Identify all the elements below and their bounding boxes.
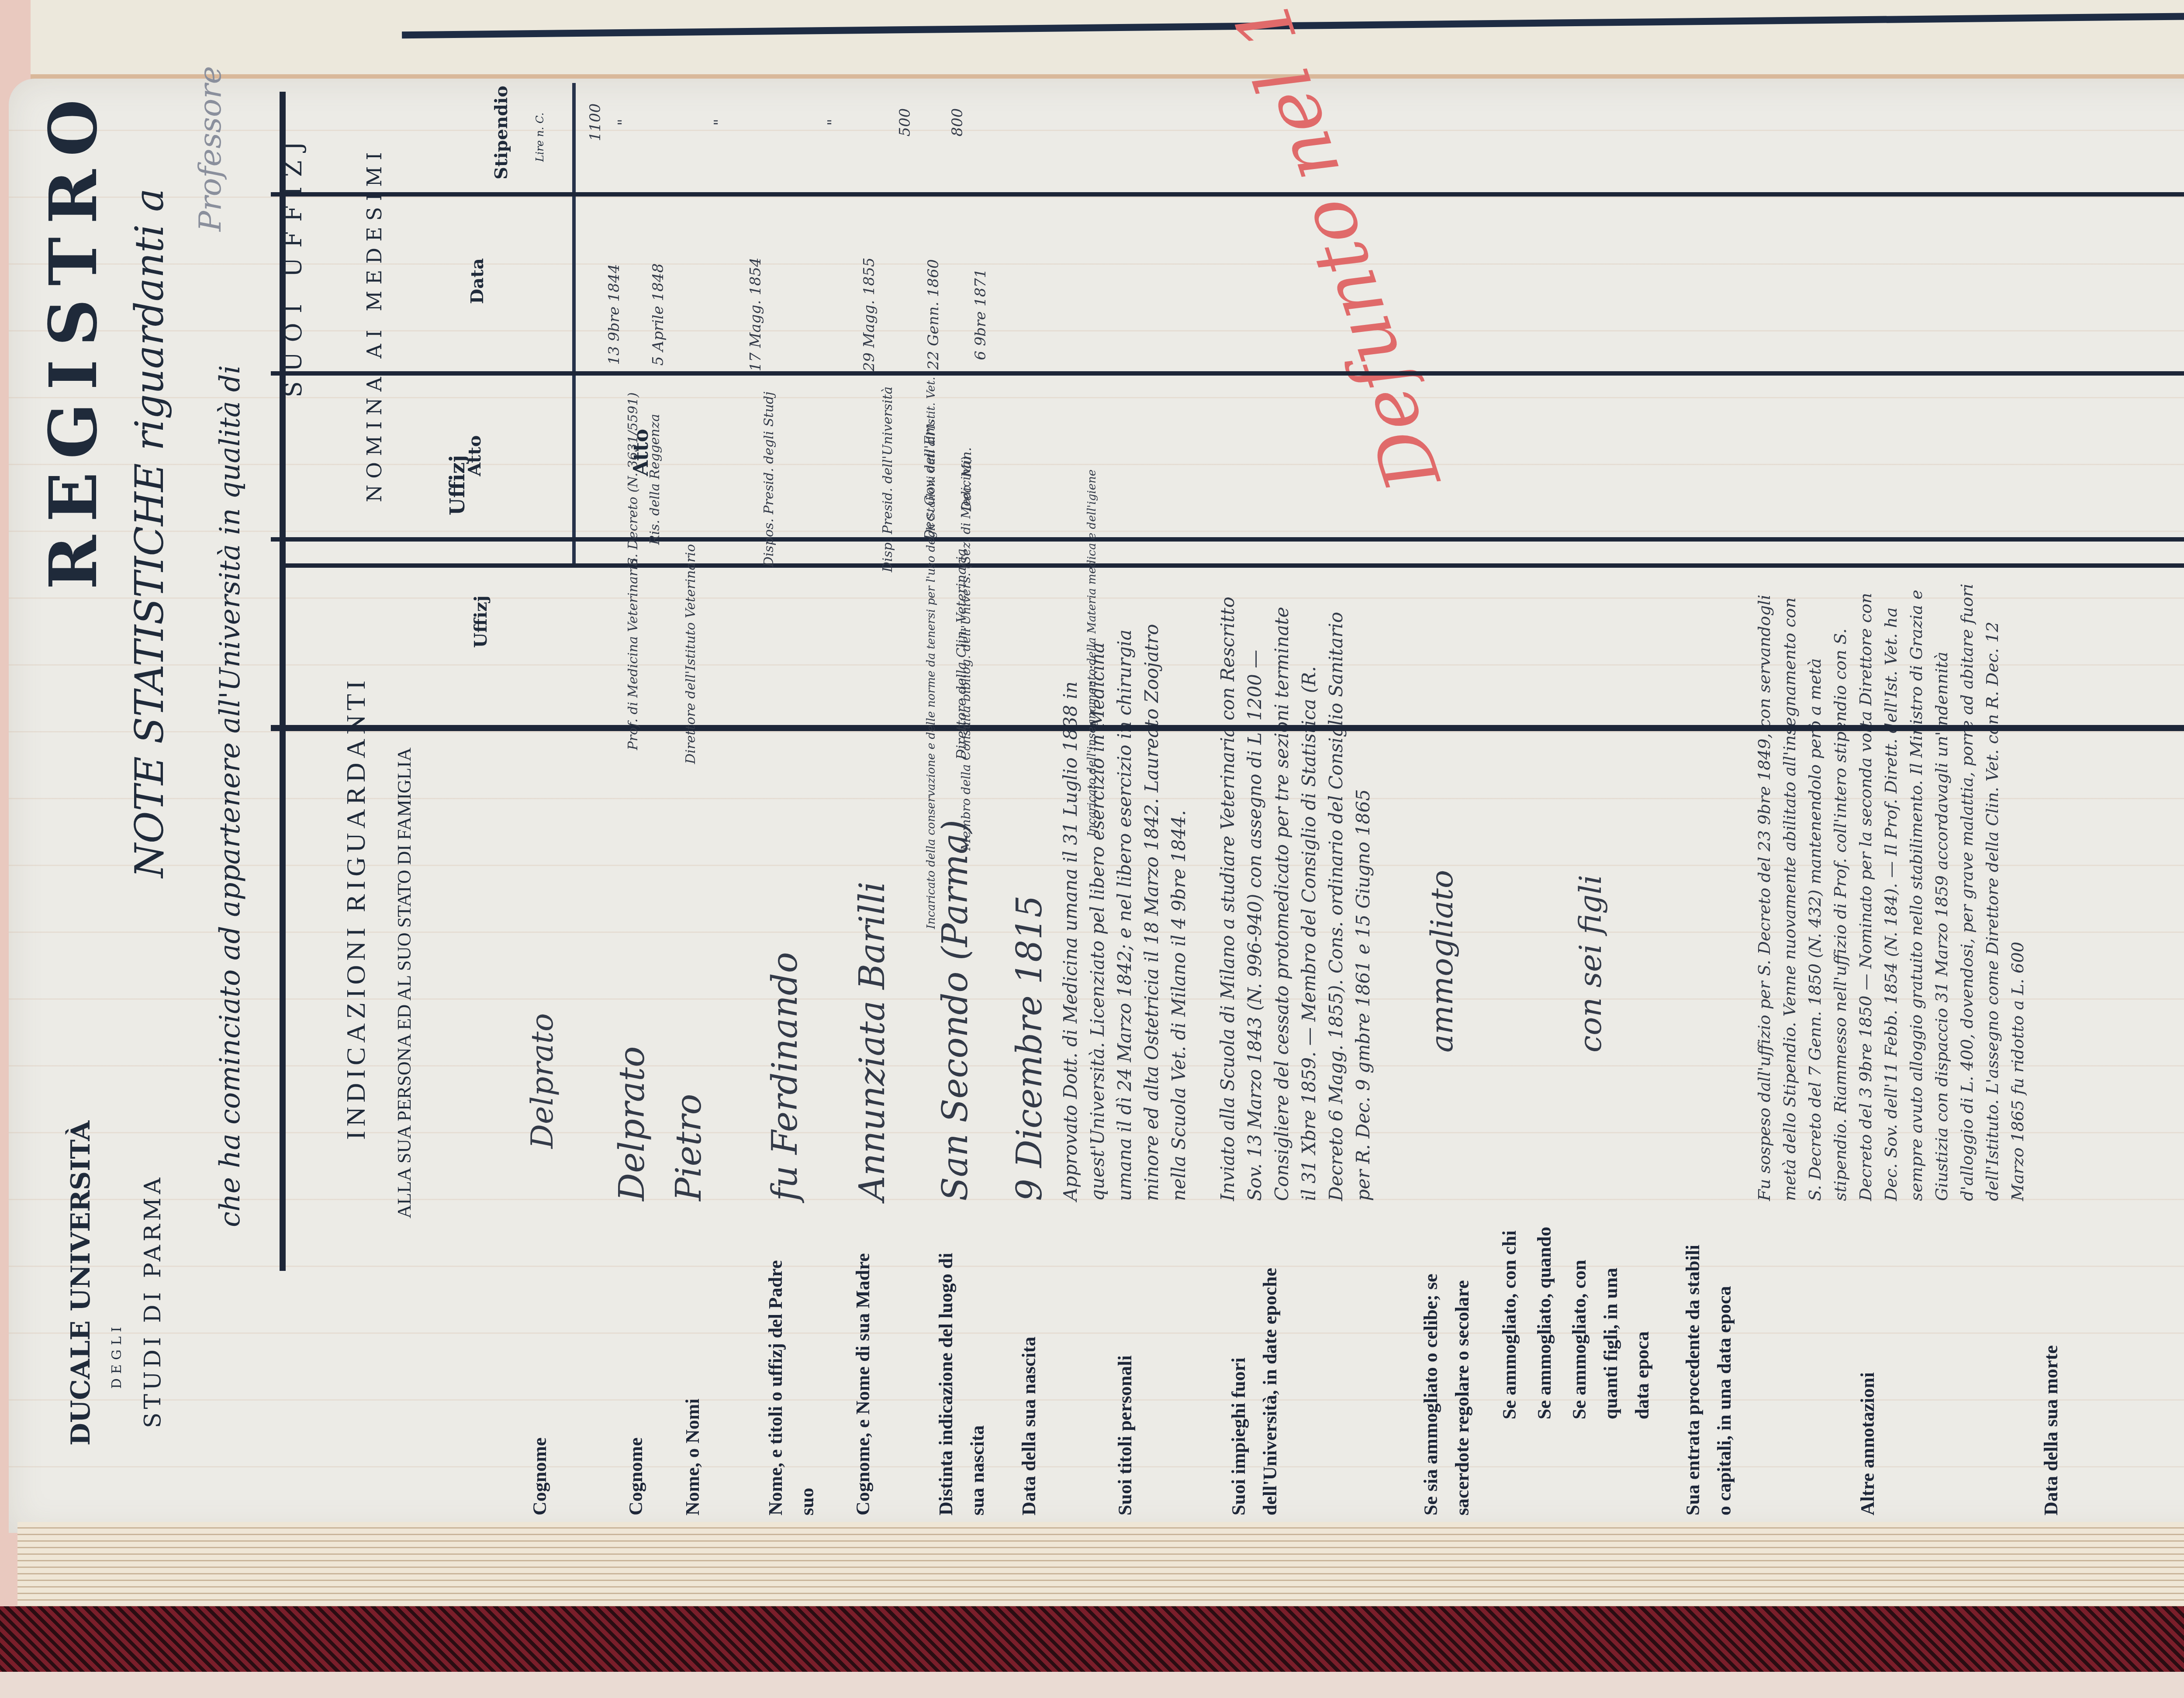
field-label-quando: Se ammogliato, quando (1529, 1227, 1560, 1419)
field-label-impieghi: Suoi impieghi fuori dell'Università, in … (1223, 1236, 1286, 1515)
field-label-madre: Cognome, e Nome di sua Madre (847, 1236, 879, 1515)
offices-section-subtitle: NOMINA AI MEDESIMI (363, 146, 386, 502)
heading-line1: NOTE STATISTICHE riguardanti a (127, 188, 173, 878)
field-value-madre: Annunziata Barilli (852, 881, 892, 1201)
field-value-padre: fu Ferdinando (764, 952, 805, 1201)
field-value-figli: con sei figli (1572, 875, 1608, 1053)
personal-section-title: INDICAZIONI RIGUARDANTI (341, 676, 372, 1140)
col-header-atto: Atto (629, 429, 653, 476)
field-value-cognome: Delprato (612, 1046, 652, 1201)
field-label-data-morte: Data della sua morte (2035, 1345, 2067, 1515)
field-value-titoli: Approvato Dott. di Medicina umana il 31 … (1057, 590, 1192, 1201)
field-label-cognome: Cognome (524, 1438, 556, 1515)
field-label-cognome: Cognome (620, 1438, 652, 1515)
personal-section-subtitle: ALLA SUA PERSONA ED AL SUO STATO DI FAMI… (393, 747, 415, 1218)
field-label-altre-annotazioni: Altre annotazioni (1852, 1372, 1883, 1515)
field-value-data-nascita: 9 Dicembre 1815 (1009, 895, 1050, 1201)
next-page-strip: P (31, 0, 2184, 82)
field-value-cognome: Delprato (524, 1013, 560, 1149)
offices-section-title: SUOI UFFIZJ (280, 132, 307, 397)
field-label-nome: Nome, o Nomi (677, 1398, 708, 1515)
field-label-figli: Se ammogliato, con quanti figli, in una … (1564, 1236, 1658, 1419)
field-label-luogo-nascita: Distinta indicazione del luogo di sua na… (930, 1236, 993, 1515)
institution-line3: STUDI DI PARMA (140, 1174, 166, 1428)
field-value-altre-annotazioni: Fu sospeso dall'uffizio per S. Decreto d… (1752, 581, 2030, 1201)
field-label-stato-civile: Se sia ammogliato o celibe; se sacerdote… (1415, 1236, 1478, 1515)
field-value-stato-civile: ammogliato (1424, 870, 1460, 1053)
field-value-luogo-nascita: San Secondo (Parma) (935, 820, 975, 1201)
field-label-data-nascita: Data della sua nascita (1013, 1337, 1045, 1515)
field-label-entrata: Sua entrata procedente da stabili o capi… (1677, 1236, 1740, 1515)
field-label-padre: Nome, e titoli o uffizj del Padre suo (760, 1236, 823, 1515)
field-value-impieghi: Inviato alla Scuola di Milano a studiare… (1214, 590, 1377, 1201)
running-title: REGISTRO (35, 86, 112, 590)
field-value-nome: Pietro (668, 1094, 709, 1201)
field-label-con-chi: Se ammogliato, con chi (1494, 1230, 1525, 1419)
table-surface (0, 1672, 2184, 1698)
section-divider (280, 563, 2184, 568)
institution-line1: DUCALE UNIVERSITÀ (66, 1121, 96, 1446)
heading-qualita-handwritten: Professore (192, 66, 228, 231)
col-header-uffizj: Uffizj (446, 455, 469, 515)
page-content-rotated: REGISTRO DUCALE UNIVERSITÀ DEGLI STUDI D… (9, 79, 2184, 1533)
field-label-titoli: Suoi titoli personali (1109, 1355, 1141, 1515)
heading-line2: che ha cominciato ad appartenere all'Uni… (214, 365, 246, 1227)
institution-line2: DEGLI (109, 1322, 124, 1389)
offices-col-rule-1 (572, 83, 576, 563)
register-page: REGISTRO DUCALE UNIVERSITÀ DEGLI STUDI D… (9, 79, 2184, 1533)
